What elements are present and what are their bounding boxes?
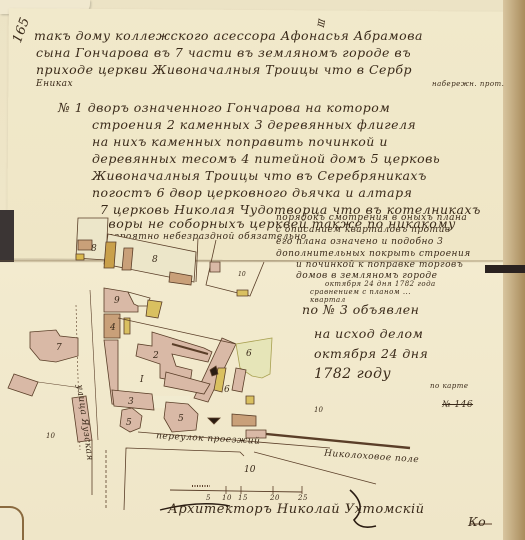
architect-signature: Архитекторъ Николай Ухтомскій — [168, 502, 425, 517]
parcel-4: 4 — [109, 323, 116, 333]
parcel-8-upper: 8 — [91, 244, 97, 254]
parcel-6a: 6 — [246, 349, 252, 359]
parcel-10-right: 10 — [314, 406, 323, 414]
scale-tick-3: 15 — [238, 494, 248, 502]
parcel-10-left: 10 — [46, 432, 55, 440]
scale-tick-2: 10 — [222, 494, 232, 502]
parcel-8: 8 — [152, 255, 158, 265]
parcel-10-upper: 10 — [238, 271, 246, 278]
signature-mark: Ко — [468, 514, 486, 529]
parcel-10-lower: 10 — [244, 465, 256, 475]
scale-tick-1: 5 — [206, 494, 211, 502]
parcel-9: 9 — [114, 296, 120, 306]
parcel-2: 2 — [152, 351, 159, 361]
parcel-3: 3 — [128, 397, 134, 407]
parcel-7: 7 — [56, 343, 62, 353]
parcel-1: I — [139, 375, 144, 385]
parcel-6b: 6 — [224, 385, 230, 395]
scale-tick-4: 20 — [270, 494, 280, 502]
scanned-page: 165 Ⅲ такъ дому коллежского асессора Афо… — [0, 0, 525, 540]
town-plan-map: 8 8 10 9 4 2 I 3 5 5 6 6 7 10 10 10 — [0, 0, 525, 540]
parcel-5b: 5 — [178, 414, 184, 424]
scale-tick-5: 25 — [298, 494, 308, 502]
parcel-5a: 5 — [126, 418, 132, 428]
map-drawing: 8 8 10 9 4 2 I 3 5 5 6 6 7 10 10 10 — [0, 0, 525, 540]
